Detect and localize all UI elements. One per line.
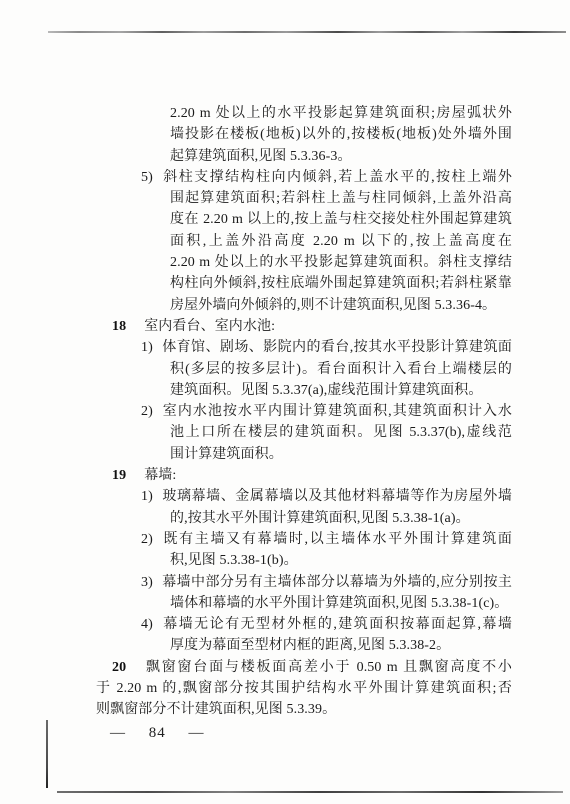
text-line: 则飘窗部分不计建筑面积,见图 5.3.39。 bbox=[96, 699, 512, 720]
item-marker: 4) bbox=[141, 617, 153, 632]
line-text: 幕墙: bbox=[144, 468, 176, 483]
line-text: 室内看台、室内水池: bbox=[144, 319, 275, 334]
scan-top-rule bbox=[48, 31, 566, 33]
line-text: 玻璃幕墙、金属幕墙以及其他材料幕墙等作为房屋外墙 bbox=[162, 489, 512, 504]
text-line: 于 2.20 m 的,飘窗部分按其围护结构水平外围计算建筑面积;否 bbox=[96, 678, 512, 699]
text-line: 墙投影在楼板(地板)以外的,按楼板(地板)处外墙外围 bbox=[96, 124, 512, 145]
text-line: 围计算建筑面积。 bbox=[96, 444, 512, 465]
text-line: 积,见图 5.3.38-1(b)。 bbox=[96, 550, 512, 571]
item-marker: 2) bbox=[141, 404, 153, 419]
text-line: 厚度为幕面至型材内框的距离,见图 5.3.38-2。 bbox=[96, 635, 512, 656]
text-line: 1)体育馆、剧场、影院内的看台,按其水平投影计算建筑面 bbox=[96, 337, 512, 358]
text-line: 2)既有主墙又有幕墙时,以主墙体水平外围计算建筑面 bbox=[96, 529, 512, 550]
clause-number: 18 bbox=[112, 319, 126, 334]
text-line: 围起算建筑面积;若斜柱上盖与柱同倾斜,上盖外沿高 bbox=[96, 188, 512, 209]
line-text: 池上口所在楼层的建筑面积。见图 5.3.37(b),虚线范 bbox=[170, 425, 512, 440]
line-text: 房屋外墙向外倾斜的,则不计建筑面积,见图 5.3.36-4。 bbox=[170, 298, 496, 313]
item-marker: 2) bbox=[141, 532, 153, 547]
text-line: 3)幕墙中部分另有主墙体部分以幕墙为外墙的,应分别按主 bbox=[96, 572, 512, 593]
text-line: 1)玻璃幕墙、金属幕墙以及其他材料幕墙等作为房屋外墙 bbox=[96, 486, 512, 507]
text-line: 4)幕墙无论有无型材外框的,建筑面积按幕面起算,幕墙 bbox=[96, 614, 512, 635]
line-text: 墙投影在楼板(地板)以外的,按楼板(地板)处外墙外围 bbox=[170, 127, 512, 142]
line-text: 室内水池按水平内围计算建筑面积,其建筑面积计入水 bbox=[162, 404, 512, 419]
line-text: 构柱向外倾斜,按柱底端外围起算建筑面积;若斜柱紧靠 bbox=[170, 276, 512, 291]
text-line: 度在 2.20 m 以上的,按上盖与柱交接处柱外围起算建筑 bbox=[96, 209, 512, 230]
line-text: 围计算建筑面积。 bbox=[170, 447, 283, 462]
line-text: 墙体和幕墙的水平外围计算建筑面积,见图 5.3.38-1(c)。 bbox=[170, 596, 508, 611]
line-text: 的,按其水平外围计算建筑面积,见图 5.3.38-1(a)。 bbox=[170, 511, 470, 526]
line-text: 积(多层的按多层计)。看台面积计入看台上端楼层的 bbox=[170, 362, 512, 377]
clause-number: 20 bbox=[112, 660, 126, 675]
scan-binding-mark bbox=[46, 720, 48, 788]
text-line: 18室内看台、室内水池: bbox=[96, 316, 512, 337]
text-line: 池上口所在楼层的建筑面积。见图 5.3.37(b),虚线范 bbox=[96, 422, 512, 443]
item-marker: 3) bbox=[141, 575, 153, 590]
text-line: 房屋外墙向外倾斜的,则不计建筑面积,见图 5.3.36-4。 bbox=[96, 295, 512, 316]
text-line: 起算建筑面积,见图 5.3.36-3。 bbox=[96, 146, 512, 167]
text-line: 积(多层的按多层计)。看台面积计入看台上端楼层的 bbox=[96, 359, 512, 380]
line-text: 2.20 m 处以上的水平投影起算建筑面积。斜柱支撑结 bbox=[170, 255, 512, 270]
line-text: 厚度为幕面至型材内框的距离,见图 5.3.38-2。 bbox=[170, 638, 450, 653]
line-text: 既有主墙又有幕墙时,以主墙体水平外围计算建筑面 bbox=[162, 532, 512, 547]
clause-number: 19 bbox=[112, 468, 126, 483]
line-text: 起算建筑面积,见图 5.3.36-3。 bbox=[170, 149, 352, 164]
line-text: 度在 2.20 m 以上的,按上盖与柱交接处柱外围起算建筑 bbox=[170, 212, 512, 227]
line-text: 于 2.20 m 的,飘窗部分按其围护结构水平外围计算建筑面积;否 bbox=[96, 681, 512, 696]
text-line: 5)斜柱支撑结构柱向内倾斜,若上盖水平的,按柱上端外 bbox=[96, 167, 512, 188]
line-text: 幕墙无论有无型材外框的,建筑面积按幕面起算,幕墙 bbox=[162, 617, 512, 632]
line-text: 积,见图 5.3.38-1(b)。 bbox=[170, 553, 298, 568]
line-text: 体育馆、剧场、影院内的看台,按其水平投影计算建筑面 bbox=[162, 340, 512, 355]
text-line: 构柱向外倾斜,按柱底端外围起算建筑面积;若斜柱紧靠 bbox=[96, 273, 512, 294]
line-text: 建筑面积。见图 5.3.37(a),虚线范围计算建筑面积。 bbox=[170, 383, 482, 398]
item-marker: 5) bbox=[141, 170, 153, 185]
text-line: 20飘窗窗台面与楼板面高差小于 0.50 m 且飘窗高度不小 bbox=[96, 657, 512, 678]
scanned-page: 2.20 m 处以上的水平投影起算建筑面积;房屋弧状外墙投影在楼板(地板)以外的… bbox=[0, 0, 570, 804]
text-line: 2.20 m 处以上的水平投影起算建筑面积。斜柱支撑结 bbox=[96, 252, 512, 273]
text-line: 墙体和幕墙的水平外围计算建筑面积,见图 5.3.38-1(c)。 bbox=[96, 593, 512, 614]
item-marker: 1) bbox=[141, 489, 153, 504]
page-number: — 84 — bbox=[110, 726, 205, 741]
item-marker: 1) bbox=[141, 340, 153, 355]
line-text: 围起算建筑面积;若斜柱上盖与柱同倾斜,上盖外沿高 bbox=[170, 191, 512, 206]
text-line: 2.20 m 处以上的水平投影起算建筑面积;房屋弧状外 bbox=[96, 103, 512, 124]
text-line: 2)室内水池按水平内围计算建筑面积,其建筑面积计入水 bbox=[96, 401, 512, 422]
text-line: 的,按其水平外围计算建筑面积,见图 5.3.38-1(a)。 bbox=[96, 508, 512, 529]
line-text: 斜柱支撑结构柱向内倾斜,若上盖水平的,按柱上端外 bbox=[162, 170, 512, 185]
line-text: 则飘窗部分不计建筑面积,见图 5.3.39。 bbox=[96, 702, 336, 717]
line-text: 幕墙中部分另有主墙体部分以幕墙为外墙的,应分别按主 bbox=[162, 575, 512, 590]
line-text: 面积,上盖外沿高度 2.20 m 以下的,按上盖高度在 bbox=[170, 234, 512, 249]
scan-bottom-rule bbox=[57, 791, 563, 793]
body-text: 2.20 m 处以上的水平投影起算建筑面积;房屋弧状外墙投影在楼板(地板)以外的… bbox=[96, 103, 512, 721]
text-line: 面积,上盖外沿高度 2.20 m 以下的,按上盖高度在 bbox=[96, 231, 512, 252]
text-line: 19幕墙: bbox=[96, 465, 512, 486]
line-text: 飘窗窗台面与楼板面高差小于 0.50 m 且飘窗高度不小 bbox=[144, 660, 512, 675]
text-line: 建筑面积。见图 5.3.37(a),虚线范围计算建筑面积。 bbox=[96, 380, 512, 401]
line-text: 2.20 m 处以上的水平投影起算建筑面积;房屋弧状外 bbox=[170, 106, 512, 121]
